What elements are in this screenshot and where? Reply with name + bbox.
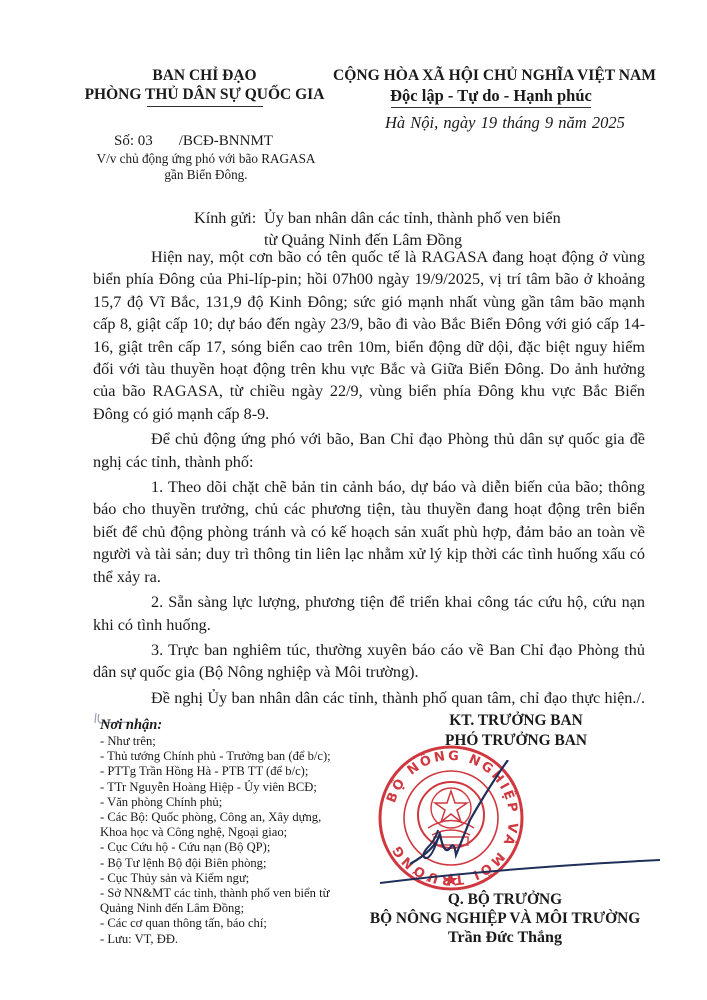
distribution-list: Nơi nhận: - Như trên; - Thủ tướng Chính … — [100, 716, 395, 947]
signatory-block: Q. BỘ TRƯỞNG BỘ NÔNG NGHIỆP VÀ MÔI TRƯỜN… — [360, 890, 650, 947]
distribution-item: - Thủ tướng Chính phủ - Trưởng ban (để b… — [100, 749, 395, 764]
distribution-title: Nơi nhận: — [100, 716, 395, 734]
subject-line2: gần Biển Đông. — [86, 167, 326, 183]
distribution-item: - Sở NN&MT các tỉnh, thành phố ven biển … — [100, 886, 365, 916]
distribution-item: - Cục Cứu hộ - Cứu nạn (Bộ QP); — [100, 840, 395, 855]
doc-number-suffix: /BCĐ-BNNMT — [179, 133, 273, 149]
distribution-item: - Bộ Tư lệnh Bộ đội Biên phòng; — [100, 856, 395, 871]
agency-name-line2: PHÒNG THỦ DÂN SỰ QUỐC GIA — [82, 85, 327, 104]
body-item-3: 3. Trực ban nghiêm túc, thường xuyên báo… — [93, 639, 645, 684]
agency-underline — [147, 106, 263, 107]
signature-line1: KT. TRƯỞNG BAN — [402, 711, 630, 731]
distribution-item: - Lưu: VT, ĐĐ. — [100, 932, 395, 947]
issuing-agency-header: BAN CHỈ ĐẠO PHÒNG THỦ DÂN SỰ QUỐC GIA — [82, 66, 327, 107]
subject-line1: V/v chủ động ứng phó với bão RAGASA — [86, 151, 326, 167]
body-item-1: 1. Theo dõi chặt chẽ bản tin cảnh báo, d… — [93, 476, 645, 588]
signatory-title: Q. BỘ TRƯỞNG — [360, 890, 650, 909]
doc-number-prefix: Số: 03 — [114, 133, 153, 149]
recipient-block: Kính gửi:Ủy ban nhân dân các tỉnh, thành… — [194, 207, 561, 251]
distribution-item: - Các cơ quan thông tấn, báo chí; — [100, 916, 395, 931]
signatory-ministry: BỘ NÔNG NGHIỆP VÀ MÔI TRƯỜNG — [360, 909, 650, 928]
closing-text: Đề nghị Ủy ban nhân dân các tỉnh, thành … — [151, 689, 645, 707]
distribution-item: - PTTg Trần Hồng Hà - PTB TT (để b/c); — [100, 764, 395, 779]
handwritten-signature — [380, 760, 660, 890]
distribution-item: - TTr Nguyễn Hoàng Hiệp - Ủy viên BCĐ; — [100, 780, 395, 795]
signatory-name: Trần Đức Thắng — [360, 928, 650, 947]
document-subject: V/v chủ động ứng phó với bão RAGASA gần … — [86, 151, 326, 183]
document-number: Số: 03/BCĐ-BNNMT — [114, 133, 273, 150]
motto-underline — [391, 107, 591, 108]
distribution-item: - Cục Thủy sản và Kiểm ngư; — [100, 871, 395, 886]
document-body: Hiện nay, một cơn bão có tên quốc tế là … — [93, 246, 645, 735]
place-and-date: Hà Nội, ngày 19 tháng 9 năm 2025 — [385, 113, 625, 133]
national-motto: Độc lập - Tự do - Hạnh phúc — [333, 85, 649, 106]
agency-name-line1: BAN CHỈ ĐẠO — [82, 66, 327, 85]
country-name: CỘNG HÒA XÃ HỘI CHỦ NGHĨA VIỆT NAM — [333, 66, 649, 85]
recipient-label: Kính gửi: — [194, 207, 264, 229]
recipient-line1: Ủy ban nhân dân các tỉnh, thành phố ven … — [264, 209, 561, 227]
body-paragraph-intro: Hiện nay, một cơn bão có tên quốc tế là … — [93, 246, 645, 425]
body-paragraph-request: Để chủ động ứng phó với bão, Ban Chỉ đạo… — [93, 428, 645, 473]
national-header: CỘNG HÒA XÃ HỘI CHỦ NGHĨA VIỆT NAM Độc l… — [333, 66, 649, 108]
distribution-item: - Như trên; — [100, 734, 395, 749]
distribution-item: - Các Bộ: Quốc phòng, Công an, Xây dựng,… — [100, 810, 335, 840]
body-item-2: 2. Sẵn sàng lực lượng, phương tiện để tr… — [93, 591, 645, 636]
distribution-item: - Văn phòng Chính phủ; — [100, 795, 395, 810]
